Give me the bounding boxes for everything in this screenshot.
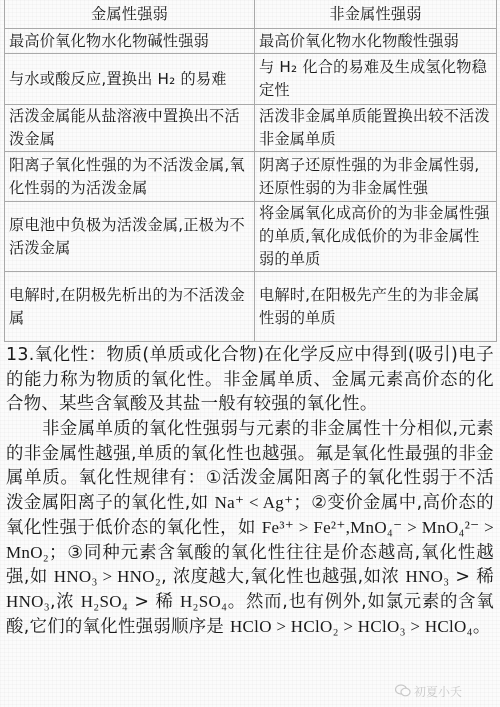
- cell-metallic: 与水或酸反应,置换出 H₂ 的易难: [5, 54, 255, 105]
- cell-nonmetallic: 最高价氧化物水化物酸性强弱: [255, 29, 497, 54]
- text: > 稀: [449, 567, 494, 587]
- watermark-text: 初夏小夭: [414, 683, 462, 700]
- text: > 稀: [128, 592, 180, 612]
- paragraph-oxidizing-definition: 13.氧化性：物质(单质或化合物)在化学反应中得到(吸引)电子的能力称为物质的氧…: [6, 343, 494, 417]
- chem-formula: H₂SO₄: [180, 592, 227, 611]
- metal-nonmetal-comparison-table: 金属性强弱 非金属性强弱 最高价氧化物水化物碱性强弱 最高价氧化物水化物酸性强弱…: [4, 0, 497, 342]
- chem-formula: HNO₃: [405, 567, 449, 586]
- text: , 浓度越大,氧化性也越强,如浓: [161, 567, 405, 587]
- cell-metallic: 阳离子氧化性强的为不活泼金属,氧化性弱的为活泼金属: [5, 152, 255, 202]
- table-row: 电解时,在阴极先析出的为不活泼金属 电解时,在阳极先产生的为非金属性弱的单质: [5, 272, 497, 342]
- table-header-row: 金属性强弱 非金属性强弱: [5, 0, 497, 29]
- chem-formula: HNO₃ > HNO₂: [54, 567, 161, 586]
- header-metallic: 金属性强弱: [5, 0, 255, 29]
- watermark: 初夏小夭: [395, 683, 462, 700]
- cell-metallic: 原电池中负极为活泼金属,正极为不活泼金属: [5, 202, 255, 272]
- wechat-icon: [395, 684, 411, 700]
- table-row: 与水或酸反应,置换出 H₂ 的易难 与 H₂ 化合的易难及生成氢化物稳定性: [5, 54, 497, 105]
- cell-nonmetallic: 阴离子还原性强的为非金属性弱,还原性弱的为非金属性强: [255, 152, 497, 202]
- header-nonmetallic: 非金属性强弱: [255, 0, 497, 29]
- chem-formula: H₂SO₄: [81, 592, 128, 611]
- text: ,浓: [50, 592, 81, 612]
- chem-formula: HNO₃: [6, 592, 50, 611]
- text: 。: [473, 617, 491, 637]
- chem-formula: Na⁺ < Ag⁺: [215, 493, 294, 512]
- paragraph-oxidizing-rules: 非金属单质的氧化性强弱与元素的非金属性十分相似,元素的非金属性越强,单质的氧化性…: [6, 417, 494, 639]
- cell-metallic: 电解时,在阴极先析出的为不活泼金属: [5, 272, 255, 342]
- cell-metallic: 最高价氧化物水化物碱性强弱: [5, 29, 255, 54]
- table-row: 阳离子氧化性强的为不活泼金属,氧化性弱的为活泼金属 阴离子还原性强的为非金属性弱…: [5, 152, 497, 202]
- cell-nonmetallic: 活泼非金属单质能置换出较不活泼非金属单质: [255, 105, 497, 152]
- cell-metallic: 活泼金属能从盐溶液中置换出不活泼金属: [5, 105, 255, 152]
- chem-formula: HClO > HClO₂ > HClO₃ > HClO₄: [230, 617, 473, 636]
- table-row: 活泼金属能从盐溶液中置换出不活泼金属 活泼非金属单质能置换出较不活泼非金属单质: [5, 105, 497, 152]
- table-row: 最高价氧化物水化物碱性强弱 最高价氧化物水化物酸性强弱: [5, 29, 497, 54]
- cell-nonmetallic: 电解时,在阳极先产生的为非金属性弱的单质: [255, 272, 497, 342]
- cell-nonmetallic: 与 H₂ 化合的易难及生成氢化物稳定性: [255, 54, 497, 105]
- cell-nonmetallic: 将金属氧化成高价的为非金属性强的单质,氧化成低价的为非金属性弱的单质: [255, 202, 497, 272]
- table-row: 原电池中负极为活泼金属,正极为不活泼金属 将金属氧化成高价的为非金属性强的单质,…: [5, 202, 497, 272]
